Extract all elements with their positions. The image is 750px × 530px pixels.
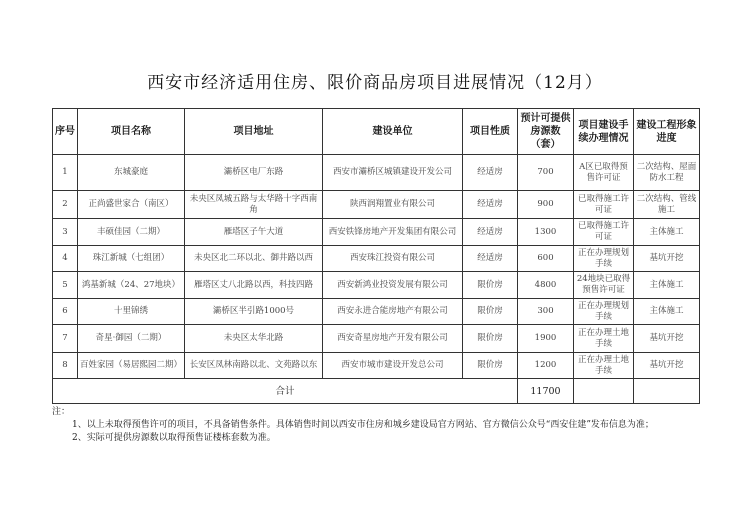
cell-units: 1300 <box>518 219 574 246</box>
cell-permit-status: 24地块已取得预售许可证 <box>574 272 634 299</box>
table-row: 8 百姓家园（易居熙园二期） 长安区凤林南路以北、文苑路以东 西安市城市建设开发… <box>53 353 700 379</box>
cell-address: 长安区凤林南路以北、文苑路以东 <box>185 353 323 379</box>
cell-units: 900 <box>518 191 574 219</box>
cell-type: 经适房 <box>463 191 518 219</box>
cell-progress: 主体施工 <box>634 299 700 325</box>
table-row: 1 东城豪庭 灞桥区电厂东路 西安市灞桥区城镇建设开发公司 经适房 700 A区… <box>53 155 700 191</box>
note-item-1: 1、以上未取得预售许可的项目，不具备销售条件。具体销售时间以西安市住房和城乡建设… <box>52 419 702 432</box>
cell-type: 经适房 <box>463 246 518 272</box>
cell-progress: 基坑开挖 <box>634 353 700 379</box>
header-type: 项目性质 <box>463 109 518 155</box>
table-row: 7 奇星·御园（二期） 未央区太华北路 西安奇星房地产开发有限公司 限价房 19… <box>53 325 700 353</box>
cell-developer: 西安铁锋房地产开发集团有限公司 <box>323 219 463 246</box>
header-address: 项目地址 <box>185 109 323 155</box>
cell-developer: 西安市城市建设开发总公司 <box>323 353 463 379</box>
cell-name: 珠江新城（七组团） <box>78 246 185 272</box>
cell-progress: 主体施工 <box>634 272 700 299</box>
table-row: 4 珠江新城（七组团） 未央区北二环以北、御井路以西 西安珠江投资有限公司 经适… <box>53 246 700 272</box>
cell-name: 正尚盛世家合（南区） <box>78 191 185 219</box>
cell-developer: 西安新鸿业投资发展有限公司 <box>323 272 463 299</box>
cell-name: 奇星·御园（二期） <box>78 325 185 353</box>
table-row: 2 正尚盛世家合（南区） 未央区凤城五路与太华路十字西南角 陕西润翔置业有限公司… <box>53 191 700 219</box>
header-permit-status: 项目建设手续办理情况 <box>574 109 634 155</box>
cell-type: 限价房 <box>463 353 518 379</box>
cell-address: 未央区凤城五路与太华路十字西南角 <box>185 191 323 219</box>
cell-permit-status: 正在办理土地手续 <box>574 325 634 353</box>
header-developer: 建设单位 <box>323 109 463 155</box>
cell-developer: 西安市灞桥区城镇建设开发公司 <box>323 155 463 191</box>
table-row: 6 十里锦绣 灞桥区半引路1000号 西安永进合能房地产有限公司 限价房 300… <box>53 299 700 325</box>
cell-progress: 主体施工 <box>634 219 700 246</box>
cell-permit-status: A区已取得预售许可证 <box>574 155 634 191</box>
cell-type: 经适房 <box>463 219 518 246</box>
cell-developer: 陕西润翔置业有限公司 <box>323 191 463 219</box>
notes-heading: 注： <box>52 406 702 419</box>
cell-units: 4800 <box>518 272 574 299</box>
cell-permit-status: 正在办理土地手续 <box>574 353 634 379</box>
cell-address: 雁塔区子午大道 <box>185 219 323 246</box>
cell-units: 1900 <box>518 325 574 353</box>
table-header-row: 序号 项目名称 项目地址 建设单位 项目性质 预计可提供房源数（套） 项目建设手… <box>53 109 700 155</box>
cell-index: 1 <box>53 155 78 191</box>
cell-permit-status: 已取得施工许可证 <box>574 219 634 246</box>
cell-name: 鸿基新城（24、27地块） <box>78 272 185 299</box>
cell-index: 6 <box>53 299 78 325</box>
table-row: 5 鸿基新城（24、27地块） 雁塔区丈八北路以西，科技四路 西安新鸿业投资发展… <box>53 272 700 299</box>
cell-permit-status: 正在办理规划手续 <box>574 299 634 325</box>
cell-index: 8 <box>53 353 78 379</box>
cell-type: 经适房 <box>463 155 518 191</box>
cell-name: 十里锦绣 <box>78 299 185 325</box>
cell-units: 300 <box>518 299 574 325</box>
header-name: 项目名称 <box>78 109 185 155</box>
cell-address: 雁塔区丈八北路以西，科技四路 <box>185 272 323 299</box>
total-units: 11700 <box>518 379 574 404</box>
projects-table: 序号 项目名称 项目地址 建设单位 项目性质 预计可提供房源数（套） 项目建设手… <box>52 108 700 404</box>
cell-type: 限价房 <box>463 272 518 299</box>
total-row: 合计 11700 <box>53 379 700 404</box>
total-progress-empty <box>634 379 700 404</box>
header-units: 预计可提供房源数（套） <box>518 109 574 155</box>
cell-developer: 西安奇星房地产开发有限公司 <box>323 325 463 353</box>
cell-index: 7 <box>53 325 78 353</box>
note-item-2: 2、实际可提供房源数以取得预售证楼栋套数为准。 <box>52 432 702 445</box>
cell-developer: 西安珠江投资有限公司 <box>323 246 463 272</box>
cell-index: 4 <box>53 246 78 272</box>
cell-progress: 基坑开挖 <box>634 246 700 272</box>
cell-progress: 二次结构、屋面防水工程 <box>634 155 700 191</box>
total-label: 合计 <box>53 379 518 404</box>
cell-permit-status: 已取得施工许可证 <box>574 191 634 219</box>
cell-index: 3 <box>53 219 78 246</box>
cell-permit-status: 正在办理规划手续 <box>574 246 634 272</box>
cell-address: 灞桥区电厂东路 <box>185 155 323 191</box>
header-progress: 建设工程形象进度 <box>634 109 700 155</box>
cell-progress: 基坑开挖 <box>634 325 700 353</box>
cell-units: 700 <box>518 155 574 191</box>
cell-index: 2 <box>53 191 78 219</box>
cell-type: 限价房 <box>463 325 518 353</box>
cell-progress: 二次结构、管线施工 <box>634 191 700 219</box>
page-title: 西安市经济适用住房、限价商品房项目进展情况（12月） <box>0 68 750 93</box>
notes-section: 注： 1、以上未取得预售许可的项目，不具备销售条件。具体销售时间以西安市住房和城… <box>52 406 702 445</box>
cell-address: 未央区太华北路 <box>185 325 323 353</box>
header-index: 序号 <box>53 109 78 155</box>
cell-developer: 西安永进合能房地产有限公司 <box>323 299 463 325</box>
cell-type: 限价房 <box>463 299 518 325</box>
cell-name: 东城豪庭 <box>78 155 185 191</box>
cell-address: 未央区北二环以北、御井路以西 <box>185 246 323 272</box>
cell-units: 1200 <box>518 353 574 379</box>
total-permit-status-empty <box>574 379 634 404</box>
cell-address: 灞桥区半引路1000号 <box>185 299 323 325</box>
table-row: 3 丰硕佳园（二期） 雁塔区子午大道 西安铁锋房地产开发集团有限公司 经适房 1… <box>53 219 700 246</box>
cell-name: 百姓家园（易居熙园二期） <box>78 353 185 379</box>
cell-index: 5 <box>53 272 78 299</box>
cell-units: 600 <box>518 246 574 272</box>
cell-name: 丰硕佳园（二期） <box>78 219 185 246</box>
